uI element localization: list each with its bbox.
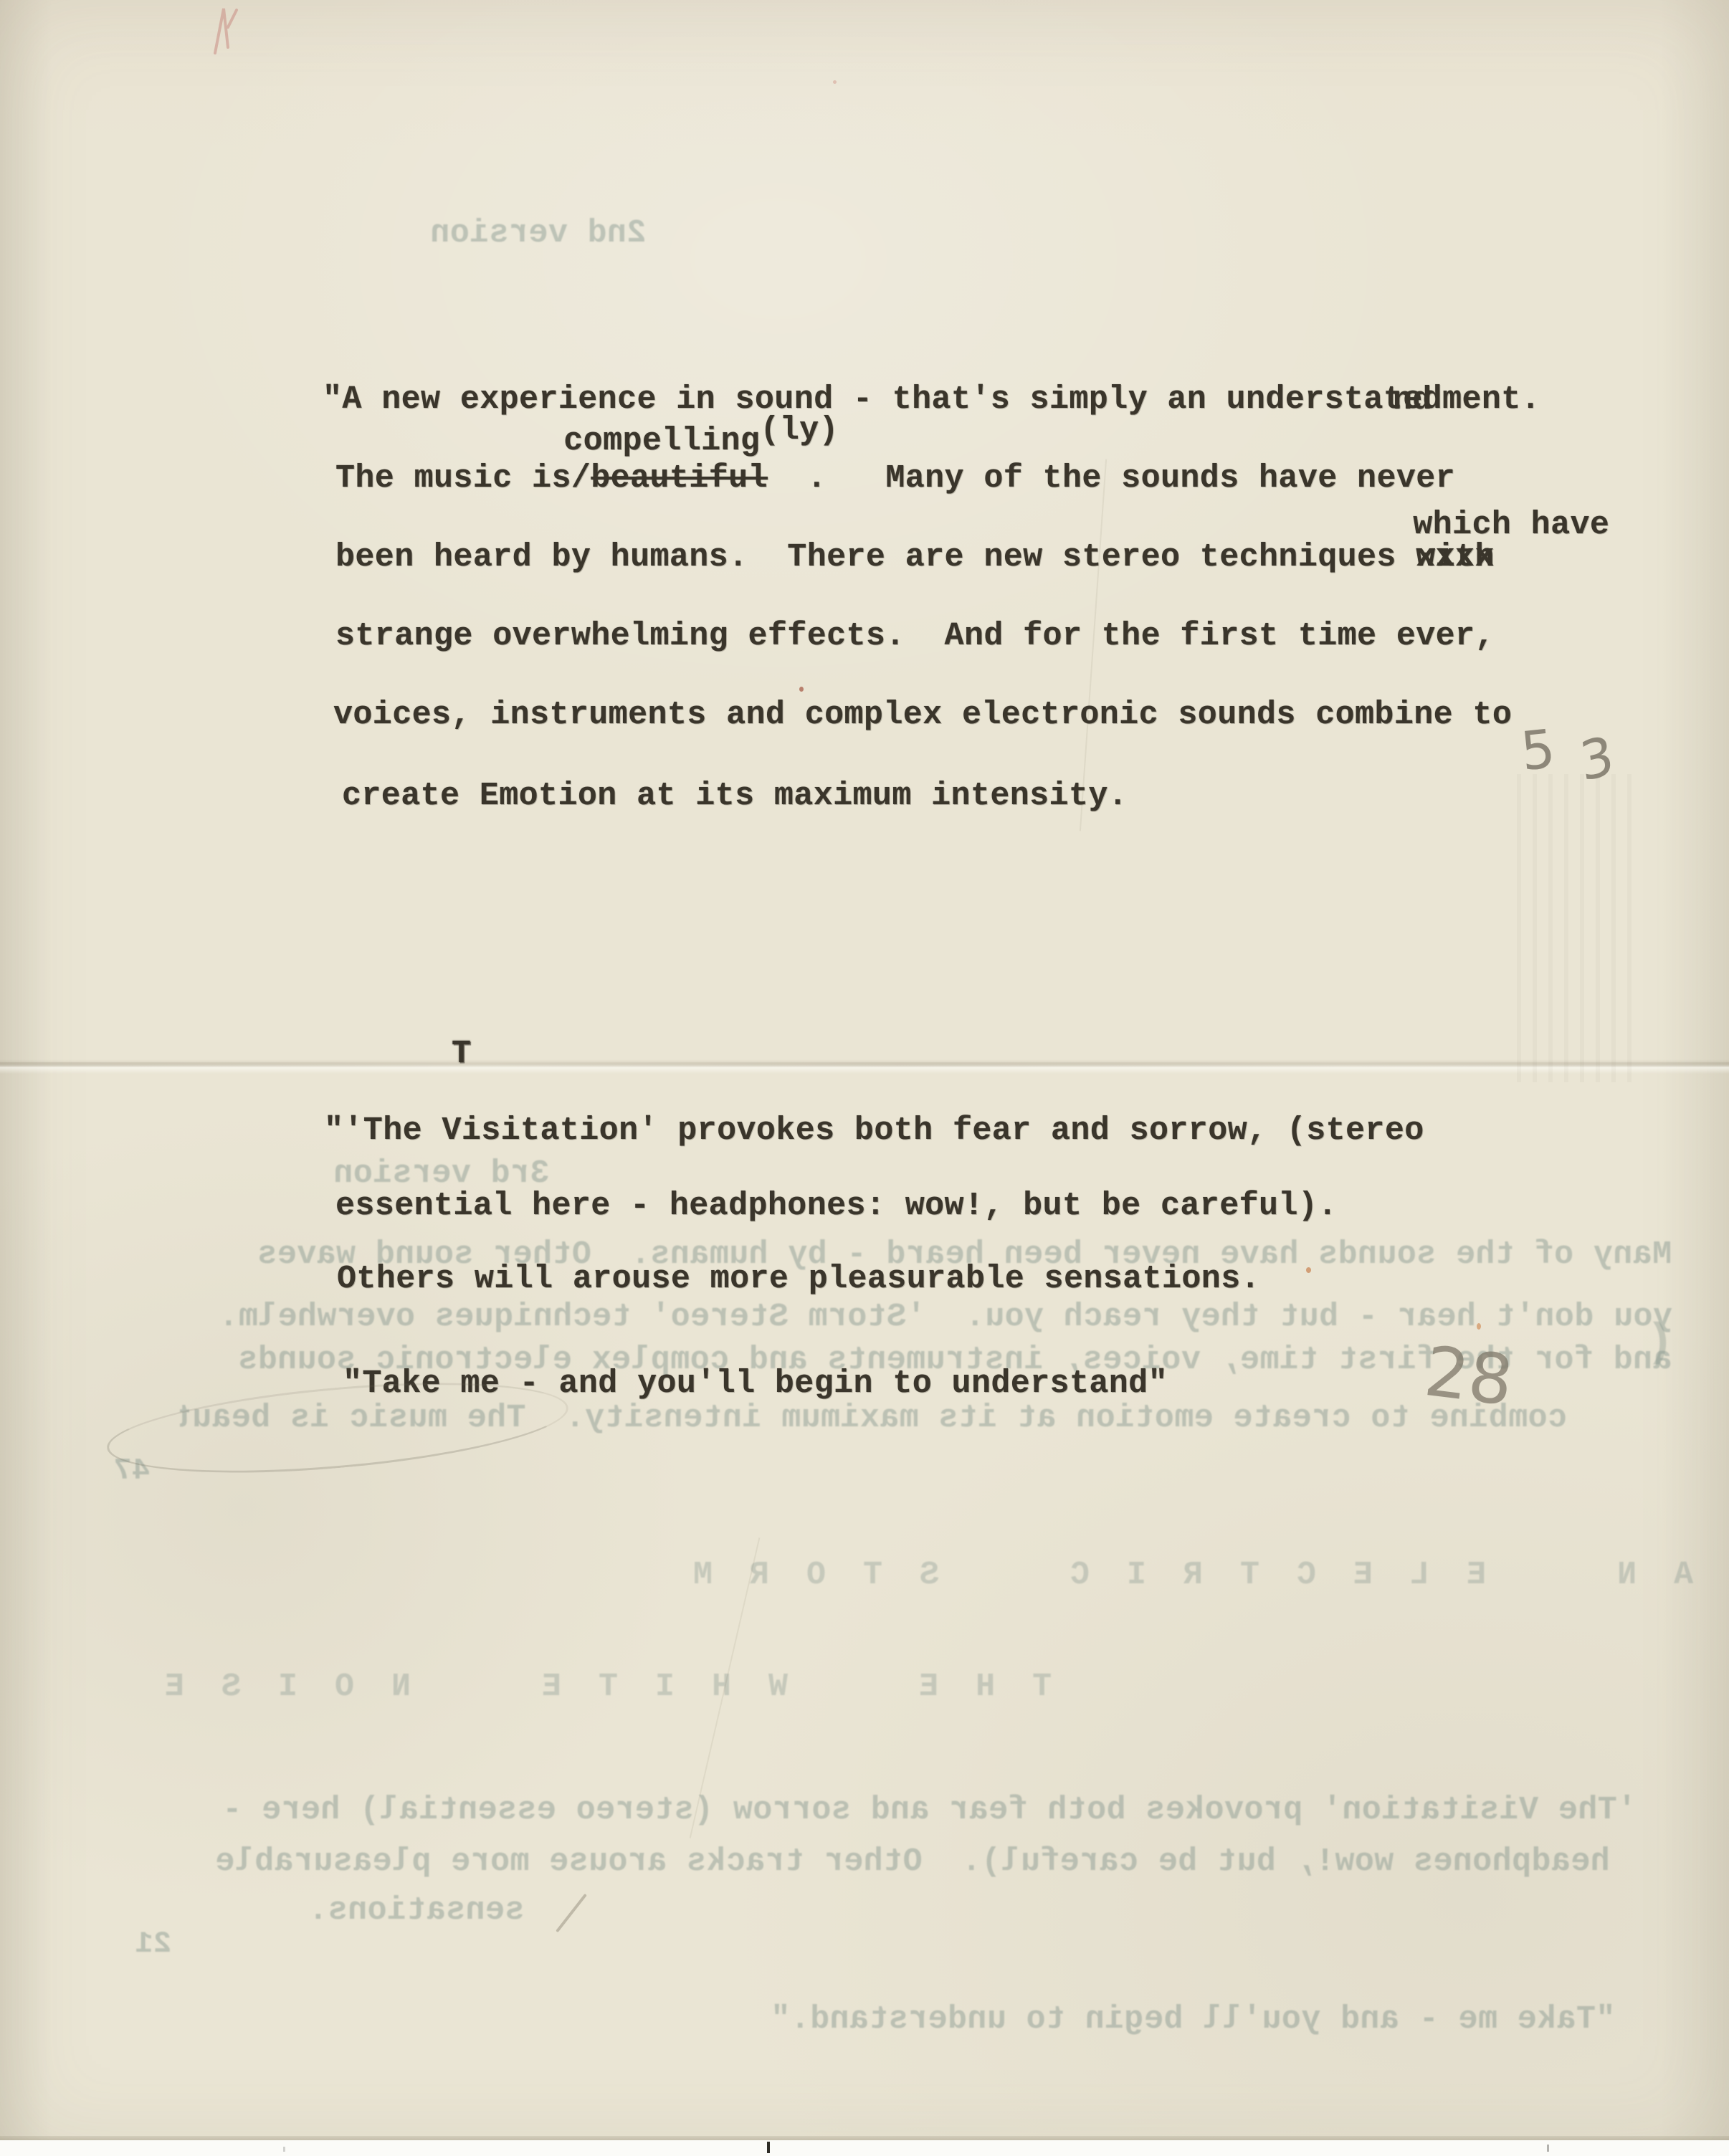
typed-line-2: The music is/beautifulcompelling(ly) . M… [335,462,1455,495]
pencil-digit-3: 3 [1577,728,1617,789]
corrected-word: withxxxxwhich have [1416,541,1495,573]
struck-word-beautiful: beautiful [591,460,768,497]
bleed-note-3rd-version: 3rd version [333,1155,549,1193]
pencil-tick-mark [556,1894,587,1932]
bleed-title-the-white-noise: THE WHITE NOISE [128,1669,1052,1706]
pencil-digit-5: 5 [1518,722,1558,779]
pencil-page-number-28: 28 [1421,1337,1517,1416]
line1-end: ment. [1442,381,1540,418]
stray-typed-t: T [452,1038,471,1070]
typed-line-6: create Emotion at its maximum intensity. [342,780,1128,812]
bleed-note-2nd-version: 2nd version [430,215,646,252]
typed-line-9: Others will arouse more pleasurable sens… [337,1263,1260,1295]
line2-end: . Many of the sounds have never [768,460,1455,497]
bleed-underlined-emotion: emotion [1076,1400,1214,1437]
ink-speck [799,687,804,692]
bleed-line-hear: you don't hear - but they reach you. 'St… [219,1299,1672,1336]
typed-line-4: strange overwhelming effects. And for th… [335,620,1495,652]
rust-speck [1477,1323,1481,1330]
overstruck-letters: tednd [1383,383,1442,416]
corrected-word: beautifulcompelling(ly) [591,462,768,495]
line3-text: been heard by humans. There are new ster… [335,539,1416,576]
insert-text: compelling [563,423,760,459]
rust-speck [1306,1267,1311,1273]
insert-superscript: (ly) [760,412,839,449]
line1-text: "A new experience in sound - that's simp… [323,381,1383,418]
x-overstrike: xxxx [1416,541,1495,573]
typed-line-1: "A new experience in sound - that's simp… [323,383,1540,416]
bleed-line-take-me: "Take me - and you'll begin to understan… [771,2001,1615,2038]
pencil-smudge-streaks [1517,774,1632,1082]
pencil-oval-mark [103,1368,571,1488]
bleed-combine-pre: combine to create [1214,1400,1567,1436]
inserted-word-compelling: compelling(ly) [563,425,839,457]
red-pencil-mark [206,3,257,60]
bleed-number-21: 21 [135,1927,171,1961]
typed-line-5: voices, instruments and complex electron… [333,699,1512,731]
bleed-line-sensations: sensations. [308,1892,524,1930]
inserted-words-which-have: which have [1413,509,1609,541]
bleed-line-visitation: 'The Visitation' provokes both fear and … [222,1792,1637,1829]
typed-line-8: essential here - headphones: wow!, but b… [335,1190,1338,1222]
edge-mark [283,2147,285,2152]
edge-mark [1547,2145,1549,2152]
line2-text: The music is/ [335,460,591,497]
bleed-title-an-electric-storm: AN ELECTRIC STORM [656,1557,1693,1594]
scanned-typescript-page: 2nd version 3rd version Many of the soun… [0,0,1729,2156]
bleed-paren-mark: ( [1646,1317,1674,1370]
red-speck [833,80,837,84]
fold-crease-shading [0,1062,1729,1067]
typed-line-3: been heard by humans. There are new ster… [335,541,1495,573]
typed-line-7: "'The Visitation' provokes both fear and… [324,1115,1424,1147]
edge-mark [767,2142,770,2153]
scanner-background-strip [0,2140,1729,2156]
bleed-line-headphones: headphones wow!, but be careful). Other … [215,1843,1610,1881]
horizontal-fold-crease [0,1059,1729,1074]
overstrike-top: nd [1393,384,1432,416]
